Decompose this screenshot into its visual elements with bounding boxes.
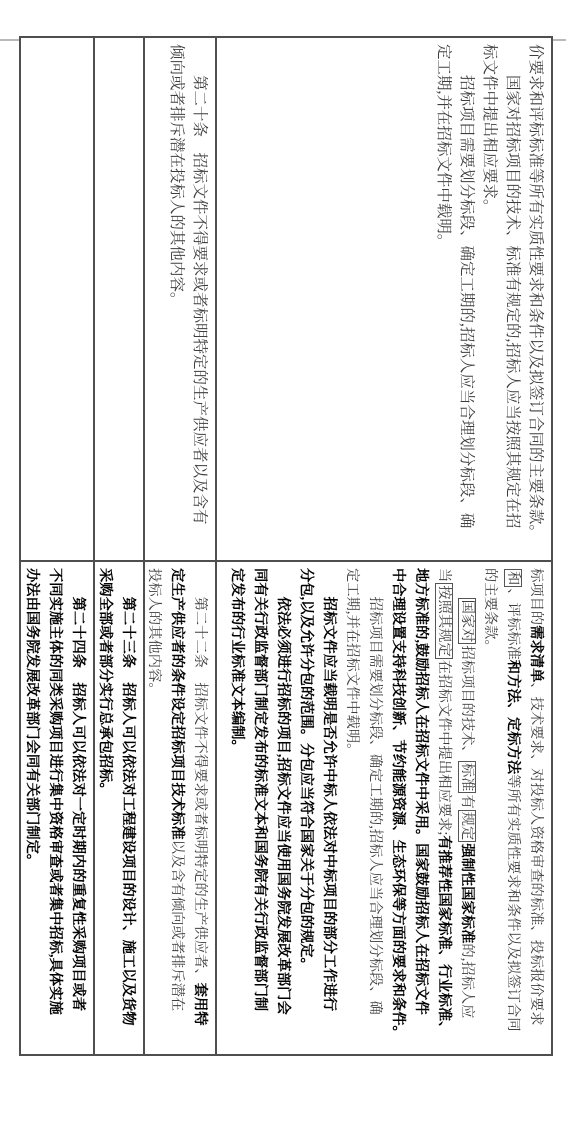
inserted-text: 需求清单 xyxy=(528,625,544,682)
text-line: 标项目的需求清单、技术要求、对投标人资格审查的标准、投标报价要求 xyxy=(524,568,547,1051)
text-line: 办法由国务院发展改革部门会同有关部门制定。 xyxy=(21,568,43,1051)
text-line: 倾向或者排斥潜在投标人的其他内容。 xyxy=(165,44,188,557)
text-run: 在招标文件中提出相应要求; xyxy=(436,660,452,836)
text-line: 标文件中提出相应要求。 xyxy=(478,44,501,557)
text-line: 定发布的行业标准文本编制。 xyxy=(225,568,248,1051)
text-line: 招标文件应当载明是否允许中标人依法对中标项目的部分工作进行 xyxy=(317,568,340,1051)
text-line: 招标项目需要划分标段、确定工期的,招标人应当合理划分标段、确 xyxy=(363,568,386,1051)
inserted-text: 定发布的行业标准文本编制。 xyxy=(229,568,245,754)
text-line: 同有关行政监督部门制定发布的标准文本和国务院有关行政监督部门制 xyxy=(248,568,271,1051)
inserted-text: 不同实施主体的同类采购项目进行集中资格审查或者集中招标,具体实施 xyxy=(47,568,63,1015)
inserted-text: 地方标准的,鼓励招标人在招标文件中采用。国家鼓励招标人在招标文件 xyxy=(413,568,429,1015)
text-line: 分包,以及允许分包的范围。分包应当符合国家关于分包的规定。 xyxy=(294,568,317,1051)
text-run: 招标项目需要划分标段、确定工期的,招标人应当合理划分标段、确 xyxy=(458,44,475,528)
deleted-text-box: 和 xyxy=(504,569,522,587)
cell-draft-row1: 标项目的需求清单、技术要求、对投标人资格审查的标准、投标报价要求和、评标标准和方… xyxy=(215,562,551,1054)
inserted-text: 第二十三条 招标人可以依法对工程建设项目的设计、施工以及货物 xyxy=(120,568,136,1026)
deleted-text-box: 标准 xyxy=(458,761,476,794)
text-line: 依法必须进行招标的项目,招标文件应当使用国务院发展改革部门会 xyxy=(271,568,294,1051)
cell-current-law-row2: 第二十条 招标文件不得要求或者标明特定的生产供应者以及含有倾向或者排斥潜在投标人… xyxy=(143,38,215,562)
text-run: 定工期,并在招标文件中载明。 xyxy=(435,44,452,249)
text-line: 和、评标标准和方法、定标方法等所有实质性要求和条件以及拟签订合同 xyxy=(501,568,524,1051)
inserted-text: 和方法、定标方法 xyxy=(505,660,521,774)
cell-draft-row3: 第二十三条 招标人可以依法对工程建设项目的设计、施工以及货物采购全部或者部分实行… xyxy=(93,562,143,1054)
rotated-landscape-sheet: 价要求和评标标准等所有实质性要求和条件以及拟签订合同的主要条款。 国家对招标项目… xyxy=(0,0,566,1122)
text-line: 第二十二条 招标文件不得要求或者标明特定的生产供应者、套用特 xyxy=(188,568,211,1051)
inserted-text: 强制性国家标准 xyxy=(459,843,475,943)
text-line: 第二十三条 招标人可以依法对工程建设项目的设计、施工以及货物 xyxy=(116,568,139,1051)
text-run: 价要求和评标标准等所有实质性要求和条件以及拟签订合同的主要条款。 xyxy=(527,44,544,540)
inserted-text: 采购全部或者部分实行总承包招标。 xyxy=(97,568,113,797)
text-line: 招标项目需要划分标段、确定工期的,招标人应当合理划分标段、确 xyxy=(455,44,478,557)
text-run: 当 xyxy=(436,568,452,582)
text-line: 地方标准的,鼓励招标人在招标文件中采用。国家鼓励招标人在招标文件 xyxy=(409,568,432,1051)
deleted-text-box: 国家对 xyxy=(458,598,476,645)
inserted-text: 第二十四条 招标人可以依法对一定时期内的重复性采购项目或者 xyxy=(70,568,86,1011)
inserted-text: 办法由国务院发展改革部门会同有关部门制定。 xyxy=(24,568,40,868)
cell-draft-row2: 第二十二条 招标文件不得要求或者标明特定的生产供应者、套用特定生产供应者的条件设… xyxy=(143,562,215,1054)
text-line: 不同实施主体的同类采购项目进行集中资格审查或者集中招标,具体实施 xyxy=(43,568,66,1051)
deleted-text-box: 规定 xyxy=(458,810,476,843)
text-line: 国家对招标项目的技术、标准有规定的,招标人应当按照其规定在招 xyxy=(501,44,524,557)
cell-current-law-row1: 价要求和评标标准等所有实质性要求和条件以及拟签订合同的主要条款。 国家对招标项目… xyxy=(215,38,551,562)
text-line: 的主要条款。 xyxy=(478,568,501,1051)
cell-current-law-row4 xyxy=(21,38,93,562)
text-line: 投标人的其他内容。 xyxy=(143,568,165,1051)
text-run: 投标人的其他内容。 xyxy=(146,568,162,697)
text-line: 第二十条 招标文件不得要求或者标明特定的生产供应者以及含有 xyxy=(188,44,211,557)
text-run: 国家对招标项目的技术、标准有规定的,招标人应当按照其规定在招 xyxy=(504,44,521,528)
inserted-text: 依法必须进行招标的项目,招标文件应当使用国务院发展改革部门会 xyxy=(275,568,291,1015)
scanned-document-page: 价要求和评标标准等所有实质性要求和条件以及拟签订合同的主要条款。 国家对招标项目… xyxy=(0,0,566,1122)
text-line: 中合理设置支持科技创新、节约能源资源、生态环保等方面的要求和条件。 xyxy=(386,568,409,1051)
law-comparison-table: 价要求和评标标准等所有实质性要求和条件以及拟签订合同的主要条款。 国家对招标项目… xyxy=(19,36,553,1056)
inserted-text: 中合理设置支持科技创新、节约能源资源、生态环保等方面的要求和条件。 xyxy=(390,568,406,1040)
text-line: 定工期,并在招标文件中载明。 xyxy=(340,568,363,1051)
cell-current-law-row3 xyxy=(93,38,143,562)
text-run: 招标项目需要划分标段、确定工期的,招标人应当合理划分标段、确 xyxy=(367,568,383,1015)
text-run xyxy=(459,568,475,597)
text-run: 的主要条款。 xyxy=(482,568,498,654)
text-run: 第二十条 招标文件不得要求或者标明特定的生产供应者以及含有 xyxy=(191,44,208,525)
text-run: 等所有实质性要求和条件以及拟签订合同 xyxy=(505,774,521,1031)
text-line: 第二十四条 招标人可以依法对一定时期内的重复性采购项目或者 xyxy=(66,568,89,1051)
text-run: 标文件中提出相应要求。 xyxy=(481,44,498,215)
text-run: 第二十二条 招标文件不得要求或者标明特定的生产供应者、 xyxy=(192,568,208,983)
text-run: 以及含有倾向或者排斥潜在 xyxy=(169,840,185,1012)
text-line: 定工期,并在招标文件中载明。 xyxy=(432,44,455,557)
text-run: 倾向或者排斥潜在投标人的其他内容。 xyxy=(168,44,185,308)
text-run: 标项目的 xyxy=(528,568,544,625)
text-line: 采购全部或者部分实行总承包招标。 xyxy=(93,568,116,1051)
text-line: 价要求和评标标准等所有实质性要求和条件以及拟签订合同的主要条款。 xyxy=(524,44,547,557)
text-run: 招标项目的技术、 xyxy=(459,645,475,759)
inserted-text: 套用特 xyxy=(192,983,208,1026)
text-line: 当按照其规定在招标文件中提出相应要求;有推荐性国家标准、行业标准、 xyxy=(432,568,455,1051)
inserted-text: 分包,以及允许分包的范围。分包应当符合国家关于分包的规定。 xyxy=(298,568,314,972)
text-run: 、技术要求、对投标人资格审查的标准、投标报价要求 xyxy=(528,682,544,1025)
inserted-text: 定生产供应者的条件设定招标项目技术标准 xyxy=(169,568,185,840)
inserted-text: 招标文件应当载明是否允许中标人依法对中标项目的部分工作进行 xyxy=(321,568,337,1011)
inserted-text: 同有关行政监督部门制定发布的标准文本和国务院有关行政监督部门制 xyxy=(252,568,268,1011)
deleted-text-box: 按照其规定 xyxy=(435,583,453,658)
text-run: 有 xyxy=(459,794,475,808)
text-line: 国家对招标项目的技术、标准有规定强制性国家标准的,招标人应 xyxy=(455,568,478,1051)
text-line: 定生产供应者的条件设定招标项目技术标准以及含有倾向或者排斥潜在 xyxy=(165,568,188,1051)
text-run: 定工期,并在招标文件中载明。 xyxy=(344,568,360,757)
cell-draft-row4: 第二十四条 招标人可以依法对一定时期内的重复性采购项目或者不同实施主体的同类采购… xyxy=(21,562,93,1054)
text-run: 的,招标人应 xyxy=(459,943,475,1018)
text-run: 、评标标准 xyxy=(505,588,521,659)
inserted-text: 有推荐性国家标准、行业标准、 xyxy=(436,835,452,1035)
